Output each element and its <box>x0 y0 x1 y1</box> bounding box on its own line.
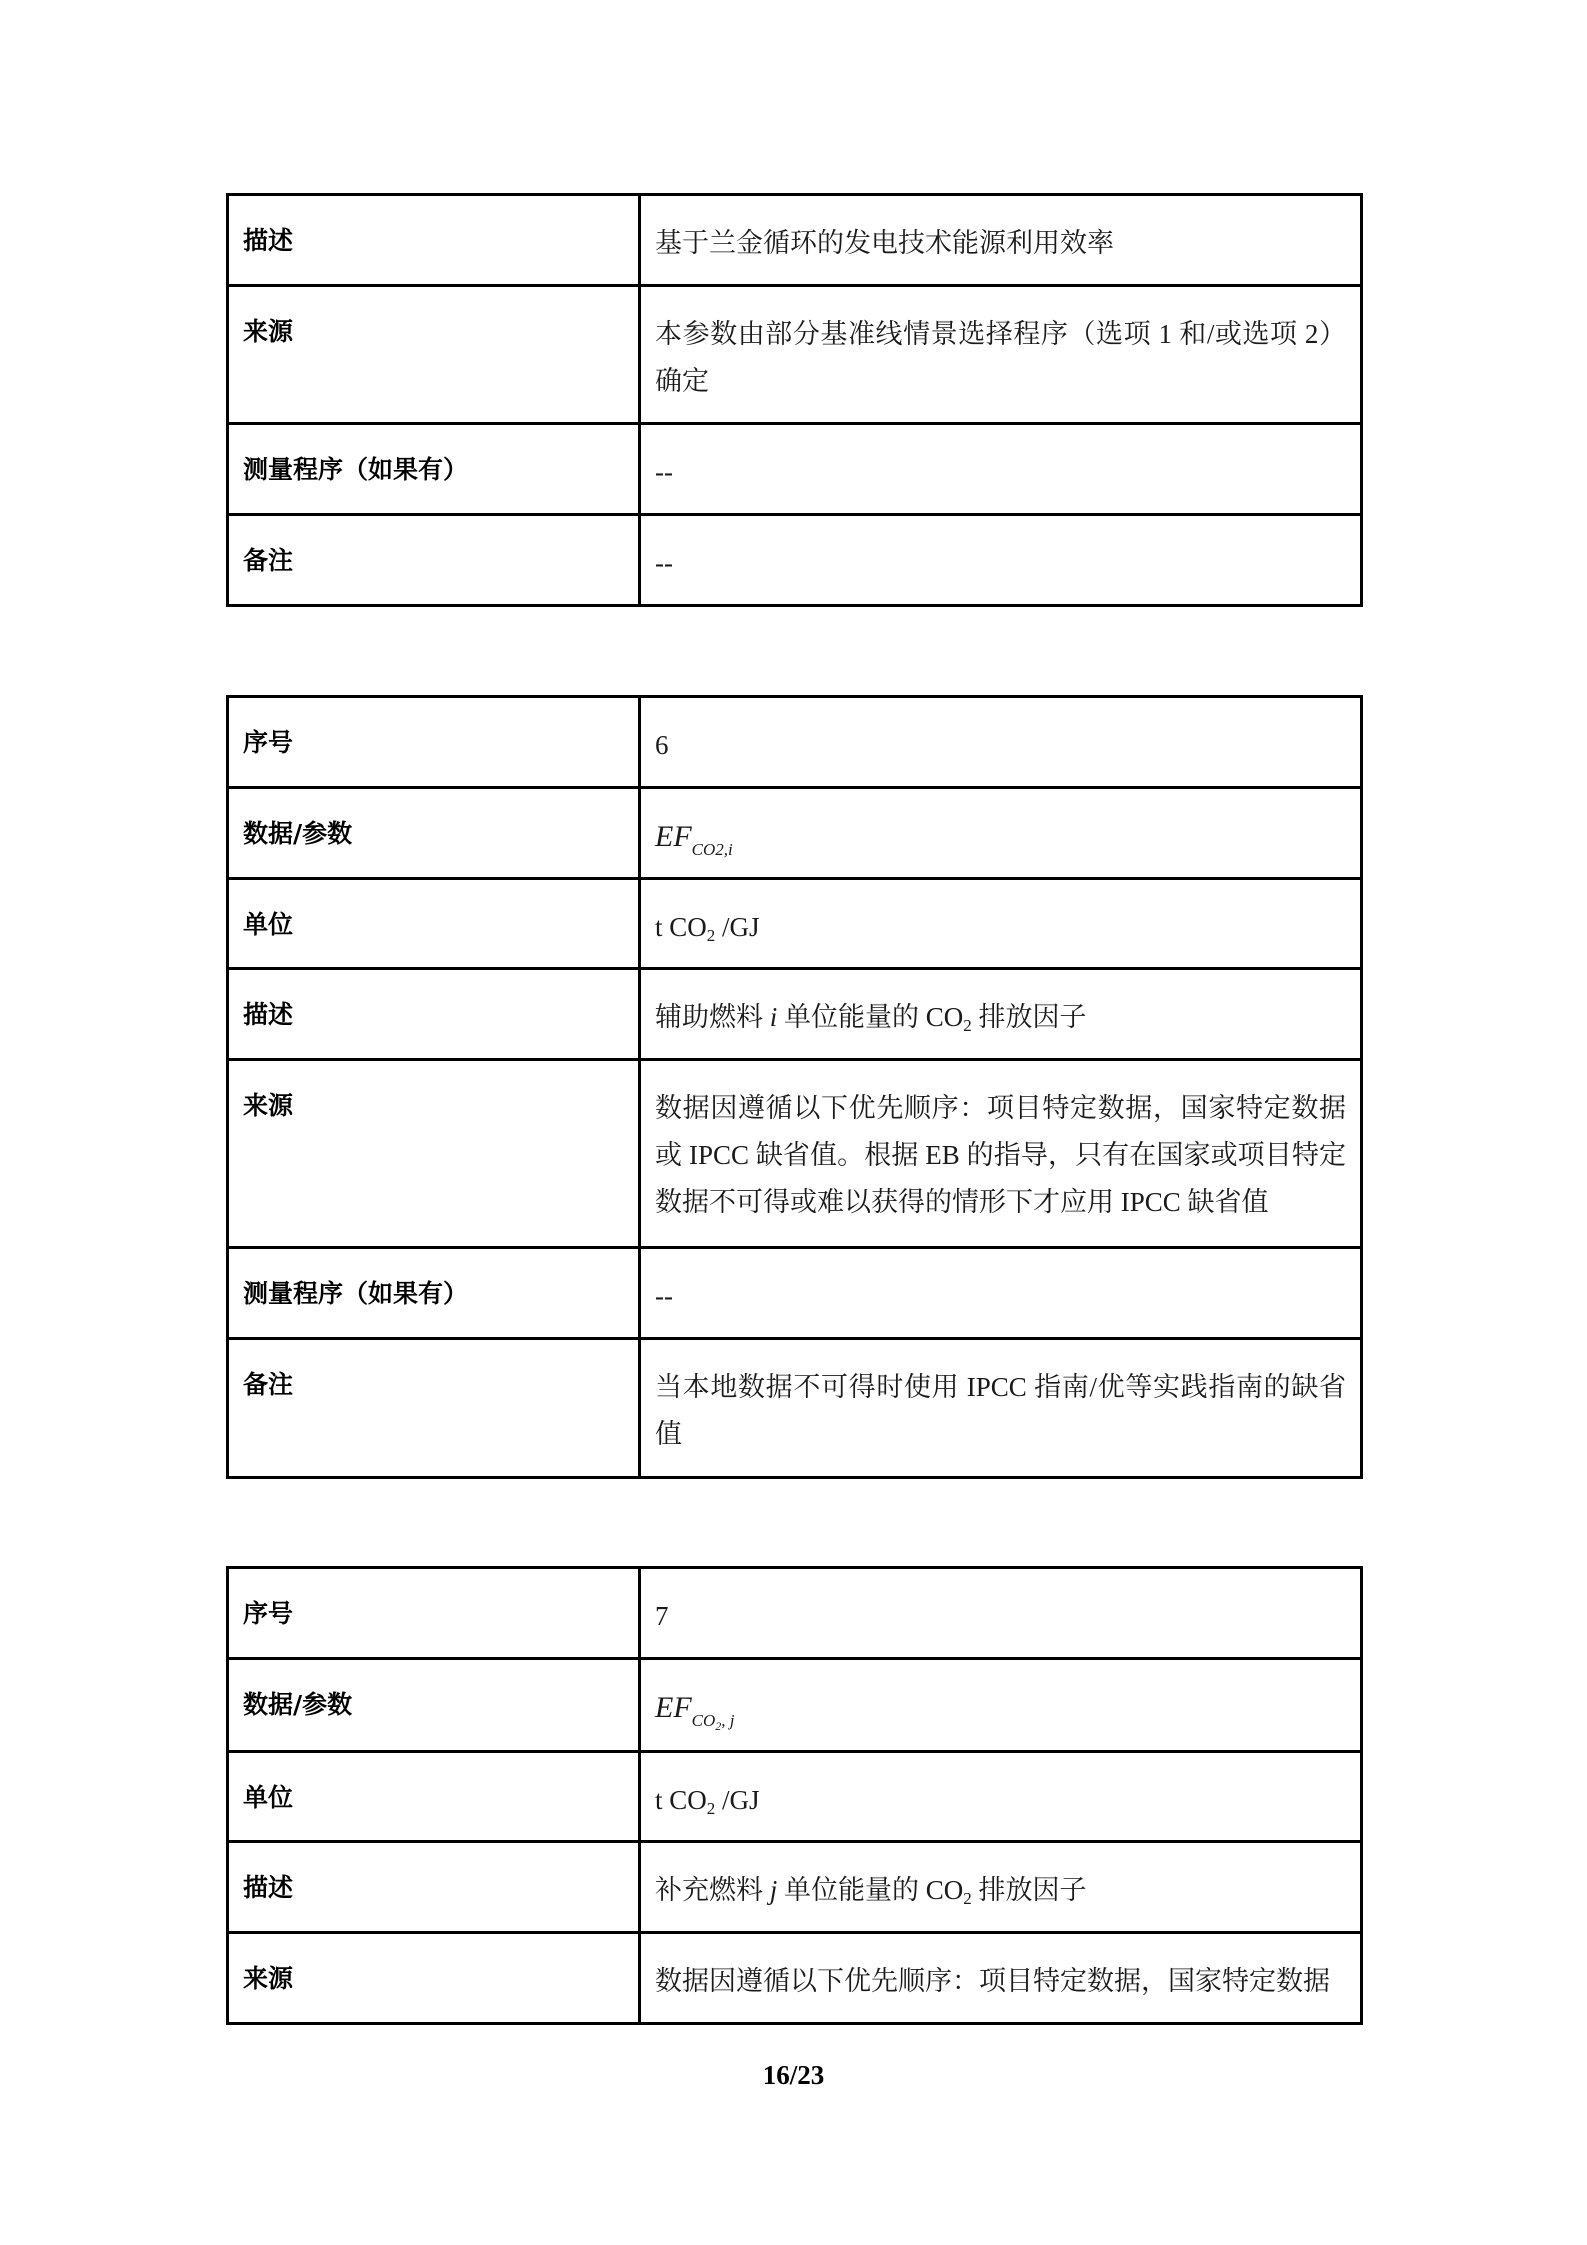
page-number: 16/23 <box>0 2060 1587 2091</box>
table-row: 数据/参数 EFCO2, j <box>228 1659 1362 1752</box>
table-row: 测量程序（如果有） -- <box>228 1248 1362 1339</box>
row-label: 测量程序（如果有） <box>228 1248 640 1339</box>
row-value: -- <box>640 515 1362 606</box>
row-value: 基于兰金循环的发电技术能源利用效率 <box>640 195 1362 286</box>
row-value: 数据因遵循以下优先顺序：项目特定数据，国家特定数据或 IPCC 缺省值。根据 E… <box>640 1060 1362 1248</box>
unit-prefix: t CO <box>655 912 707 942</box>
table-row: 单位 t CO2 /GJ <box>228 879 1362 969</box>
table-row: 数据/参数 EFCO2,i <box>228 788 1362 879</box>
symbol-subscript: CO2,i <box>692 840 733 859</box>
desc-text: 排放因子 <box>972 1875 1087 1905</box>
row-label: 数据/参数 <box>228 788 640 879</box>
table-row: 来源 数据因遵循以下优先顺序：项目特定数据，国家特定数据或 IPCC 缺省值。根… <box>228 1060 1362 1248</box>
parameter-symbol: EFCO2,i <box>655 820 733 853</box>
row-label: 序号 <box>228 697 640 788</box>
symbol-sub-base: CO <box>692 1711 716 1730</box>
row-label: 单位 <box>228 1752 640 1842</box>
row-value: -- <box>640 424 1362 515</box>
row-label: 来源 <box>228 1060 640 1248</box>
parameter-table-continued: 描述 基于兰金循环的发电技术能源利用效率 来源 本参数由部分基准线情景选择程序（… <box>226 193 1363 607</box>
row-label: 备注 <box>228 1339 640 1478</box>
row-value: 当本地数据不可得时使用 IPCC 指南/优等实践指南的缺省值 <box>640 1339 1362 1478</box>
unit-suffix: /GJ <box>715 912 759 942</box>
row-value: 补充燃料 j 单位能量的 CO2 排放因子 <box>640 1842 1362 1933</box>
row-label: 来源 <box>228 286 640 424</box>
row-label: 描述 <box>228 1842 640 1933</box>
row-label: 测量程序（如果有） <box>228 424 640 515</box>
desc-text: 辅助燃料 <box>655 1002 770 1032</box>
unit-subscript: 2 <box>707 926 716 945</box>
row-value: 辅助燃料 i 单位能量的 CO2 排放因子 <box>640 969 1362 1060</box>
parameter-table-6: 序号 6 数据/参数 EFCO2,i 单位 t CO2 /GJ 描述 辅助燃料 … <box>226 695 1363 1479</box>
symbol-subscript: CO2, j <box>692 1711 735 1730</box>
symbol-main: EF <box>655 820 692 853</box>
table-row: 单位 t CO2 /GJ <box>228 1752 1362 1842</box>
row-label: 备注 <box>228 515 640 606</box>
unit-prefix: t CO <box>655 1785 707 1815</box>
desc-text: 单位能量的 CO <box>777 1875 963 1905</box>
symbol-sub-tail: , j <box>721 1711 734 1730</box>
row-label: 来源 <box>228 1933 640 2024</box>
desc-subscript: 2 <box>963 1889 972 1908</box>
unit-suffix: /GJ <box>715 1785 759 1815</box>
table-row: 备注 当本地数据不可得时使用 IPCC 指南/优等实践指南的缺省值 <box>228 1339 1362 1478</box>
table-row: 序号 6 <box>228 697 1362 788</box>
row-value: EFCO2,i <box>640 788 1362 879</box>
row-value: t CO2 /GJ <box>640 879 1362 969</box>
unit-subscript: 2 <box>707 1799 716 1818</box>
desc-text: 补充燃料 <box>655 1875 770 1905</box>
row-value: EFCO2, j <box>640 1659 1362 1752</box>
table-row: 备注 -- <box>228 515 1362 606</box>
desc-subscript: 2 <box>963 1016 972 1035</box>
desc-text: 单位能量的 CO <box>777 1002 963 1032</box>
parameter-table-7: 序号 7 数据/参数 EFCO2, j 单位 t CO2 /GJ 描述 补充燃料… <box>226 1566 1363 2025</box>
row-value: 数据因遵循以下优先顺序：项目特定数据，国家特定数据 <box>640 1933 1362 2024</box>
parameter-symbol: EFCO2, j <box>655 1691 735 1724</box>
table-row: 描述 补充燃料 j 单位能量的 CO2 排放因子 <box>228 1842 1362 1933</box>
desc-text: 排放因子 <box>972 1002 1087 1032</box>
row-value: 6 <box>640 697 1362 788</box>
row-label: 描述 <box>228 195 640 286</box>
symbol-main: EF <box>655 1691 692 1724</box>
row-value: 7 <box>640 1568 1362 1659</box>
row-label: 描述 <box>228 969 640 1060</box>
row-label: 序号 <box>228 1568 640 1659</box>
row-label: 单位 <box>228 879 640 969</box>
row-value: -- <box>640 1248 1362 1339</box>
table-row: 描述 基于兰金循环的发电技术能源利用效率 <box>228 195 1362 286</box>
table-row: 来源 数据因遵循以下优先顺序：项目特定数据，国家特定数据 <box>228 1933 1362 2024</box>
row-value: 本参数由部分基准线情景选择程序（选项 1 和/或选项 2）确定 <box>640 286 1362 424</box>
table-row: 序号 7 <box>228 1568 1362 1659</box>
table-row: 来源 本参数由部分基准线情景选择程序（选项 1 和/或选项 2）确定 <box>228 286 1362 424</box>
row-label: 数据/参数 <box>228 1659 640 1752</box>
table-row: 测量程序（如果有） -- <box>228 424 1362 515</box>
row-value: t CO2 /GJ <box>640 1752 1362 1842</box>
table-row: 描述 辅助燃料 i 单位能量的 CO2 排放因子 <box>228 969 1362 1060</box>
